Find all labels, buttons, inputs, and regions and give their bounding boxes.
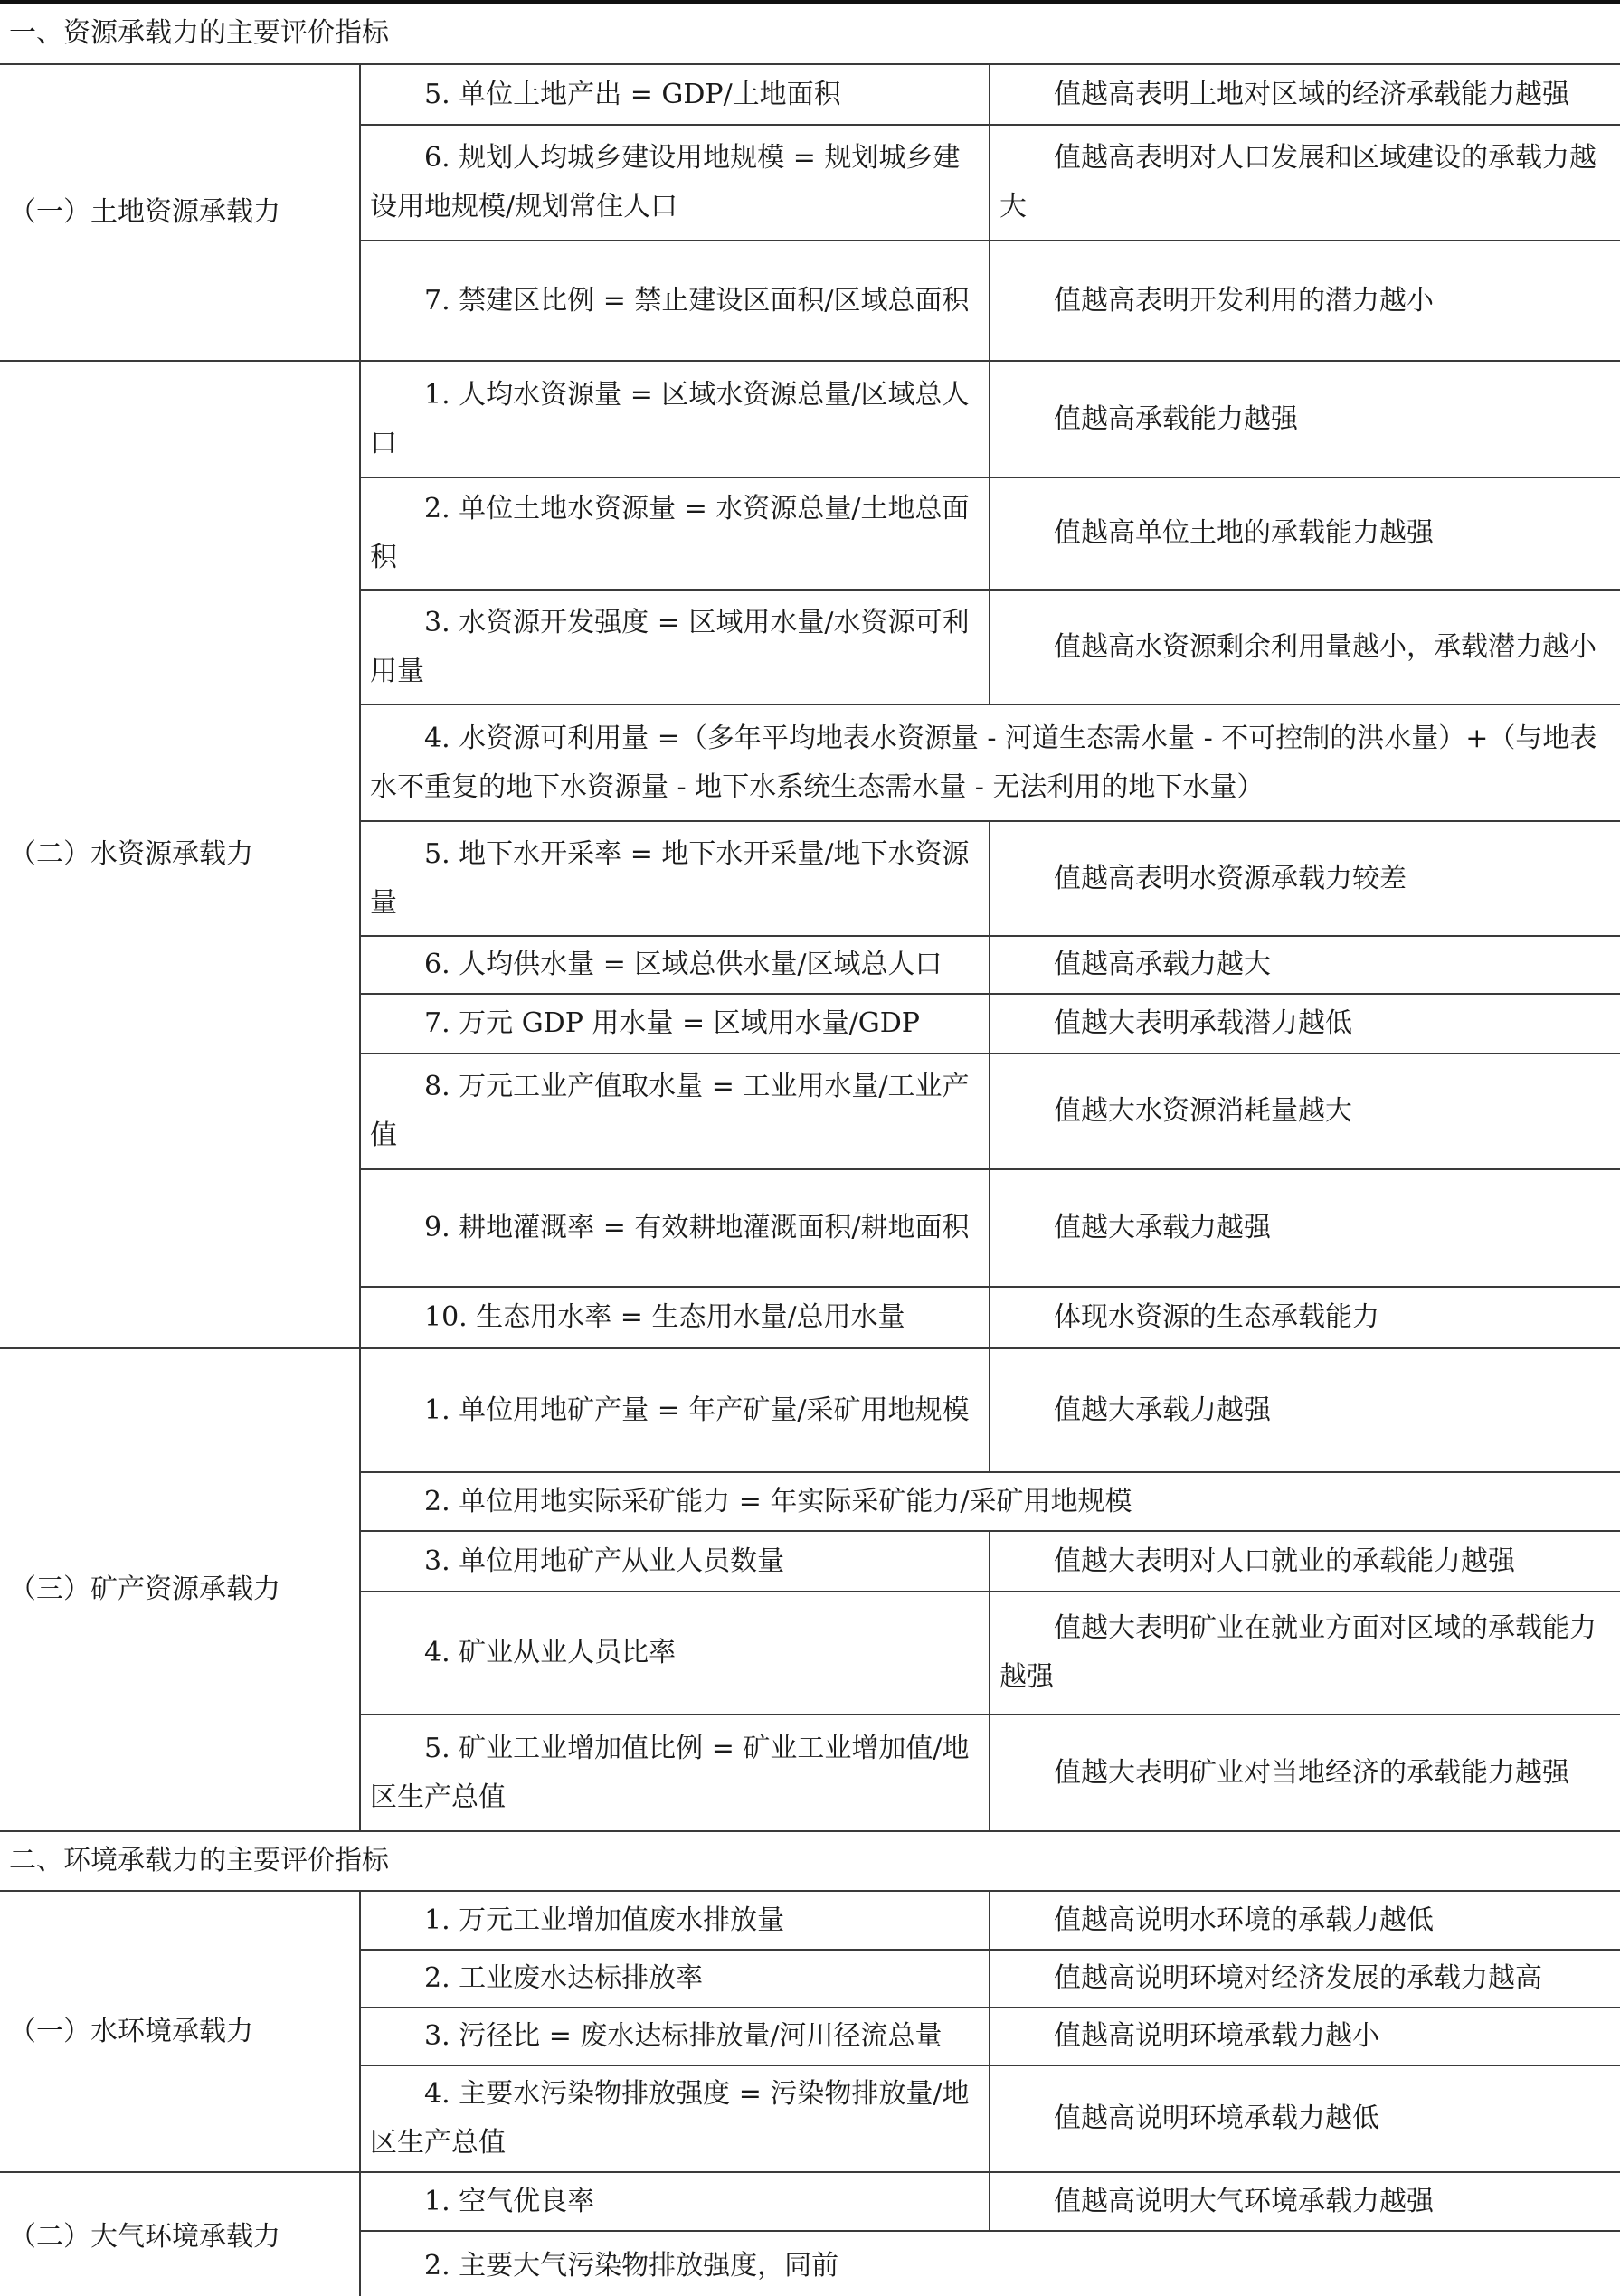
indicator-cell: 5. 矿业工业增加值比例 = 矿业工业增加值/地区生产总值	[360, 1715, 990, 1831]
indicator-cell: 3. 单位用地矿产从业人员数量	[360, 1531, 990, 1592]
section-title: 二、环境承载力的主要评价指标	[0, 1831, 1620, 1891]
description-cell: 值越大表明对人口就业的承载能力越强	[990, 1531, 1620, 1592]
table-row: （一）水环境承载力1. 万元工业增加值废水排放量值越高说明水环境的承载力越低	[0, 1891, 1620, 1950]
description-cell: 值越高说明环境对经济发展的承载力越高	[990, 1950, 1620, 2008]
indicator-cell: 5. 地下水开采率 = 地下水开采量/地下水资源量	[360, 821, 990, 936]
description-cell: 值越高说明水环境的承载力越低	[990, 1891, 1620, 1950]
indicator-cell: 3. 污径比 = 废水达标排放量/河川径流总量	[360, 2008, 990, 2065]
indicator-cell: 2. 工业废水达标排放率	[360, 1950, 990, 2008]
description-cell: 值越高表明水资源承载力较差	[990, 821, 1620, 936]
description-cell: 体现水资源的生态承载能力	[990, 1287, 1620, 1348]
table-row: （三）矿产资源承载力1. 单位用地矿产量 = 年产矿量/采矿用地规模值越大承载力…	[0, 1348, 1620, 1472]
indicator-cell: 1. 人均水资源量 = 区域水资源总量/区域总人口	[360, 361, 990, 477]
indicator-cell: 7. 万元 GDP 用水量 = 区域用水量/GDP	[360, 994, 990, 1054]
indicator-cell: 7. 禁建区比例 = 禁止建设区面积/区域总面积	[360, 241, 990, 361]
table-row: （二）水资源承载力1. 人均水资源量 = 区域水资源总量/区域总人口值越高承载能…	[0, 361, 1620, 477]
evaluation-indicators-table: 一、资源承载力的主要评价指标（一）土地资源承载力5. 单位土地产出 = GDP/…	[0, 0, 1620, 2296]
section-header-row: 一、资源承载力的主要评价指标	[0, 2, 1620, 64]
section-header-row: 二、环境承载力的主要评价指标	[0, 1831, 1620, 1891]
indicator-cell: 6. 规划人均城乡建设用地规模 = 规划城乡建设用地规模/规划常住人口	[360, 125, 990, 241]
description-cell: 值越高说明环境承载力越低	[990, 2065, 1620, 2172]
table-row: （二）大气环境承载力1. 空气优良率值越高说明大气环境承载力越强	[0, 2172, 1620, 2231]
description-cell: 值越高说明环境承载力越小	[990, 2008, 1620, 2065]
indicator-cell: 2. 单位土地水资源量 = 水资源总量/土地总面积	[360, 477, 990, 590]
description-cell: 值越大表明矿业在就业方面对区域的承载能力越强	[990, 1592, 1620, 1715]
indicator-cell: 10. 生态用水率 = 生态用水量/总用水量	[360, 1287, 990, 1348]
indicator-cell: 1. 空气优良率	[360, 2172, 990, 2231]
section-title: 一、资源承载力的主要评价指标	[0, 2, 1620, 64]
description-cell: 值越高承载力越大	[990, 936, 1620, 994]
description-cell: 值越高表明土地对区域的经济承载能力越强	[990, 64, 1620, 125]
indicator-cell: 8. 万元工业产值取水量 = 工业用水量/工业产值	[360, 1054, 990, 1169]
indicator-cell: 1. 单位用地矿产量 = 年产矿量/采矿用地规模	[360, 1348, 990, 1472]
description-cell: 值越高表明对人口发展和区域建设的承载力越大	[990, 125, 1620, 241]
indicator-cell: 4. 矿业从业人员比率	[360, 1592, 990, 1715]
indicator-cell: 3. 水资源开发强度 = 区域用水量/水资源可利用量	[360, 590, 990, 704]
indicator-cell: 2. 单位用地实际采矿能力 = 年实际采矿能力/采矿用地规模	[360, 1472, 1620, 1531]
category-label: （三）矿产资源承载力	[0, 1348, 360, 1831]
description-cell: 值越大水资源消耗量越大	[990, 1054, 1620, 1169]
description-cell: 值越大表明矿业对当地经济的承载能力越强	[990, 1715, 1620, 1831]
indicator-cell: 5. 单位土地产出 = GDP/土地面积	[360, 64, 990, 125]
category-label: （一）水环境承载力	[0, 1891, 360, 2172]
description-cell: 值越大表明承载潜力越低	[990, 994, 1620, 1054]
description-cell: 值越高承载能力越强	[990, 361, 1620, 477]
description-cell: 值越大承载力越强	[990, 1348, 1620, 1472]
description-cell: 值越高单位土地的承载能力越强	[990, 477, 1620, 590]
description-cell: 值越高说明大气环境承载力越强	[990, 2172, 1620, 2231]
category-label: （二）水资源承载力	[0, 361, 360, 1348]
indicator-cell: 1. 万元工业增加值废水排放量	[360, 1891, 990, 1950]
table-row: （一）土地资源承载力5. 单位土地产出 = GDP/土地面积值越高表明土地对区域…	[0, 64, 1620, 125]
description-cell: 值越大承载力越强	[990, 1169, 1620, 1287]
category-label: （一）土地资源承载力	[0, 64, 360, 361]
indicator-cell: 4. 水资源可利用量 =（多年平均地表水资源量 - 河道生态需水量 - 不可控制…	[360, 704, 1620, 821]
indicator-cell: 4. 主要水污染物排放强度 = 污染物排放量/地区生产总值	[360, 2065, 990, 2172]
category-label: （二）大气环境承载力	[0, 2172, 360, 2296]
description-cell: 值越高水资源剩余利用量越小，承载潜力越小	[990, 590, 1620, 704]
indicator-cell: 2. 主要大气污染物排放强度，同前	[360, 2231, 1620, 2296]
indicator-cell: 9. 耕地灌溉率 = 有效耕地灌溉面积/耕地面积	[360, 1169, 990, 1287]
indicator-cell: 6. 人均供水量 = 区域总供水量/区域总人口	[360, 936, 990, 994]
description-cell: 值越高表明开发利用的潜力越小	[990, 241, 1620, 361]
